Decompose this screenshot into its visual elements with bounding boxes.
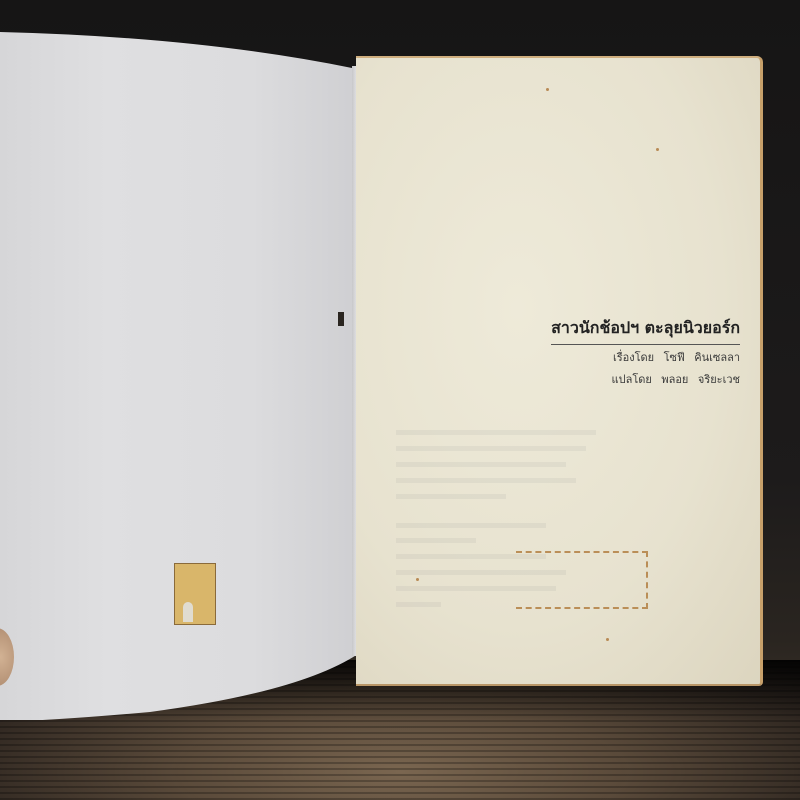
- author-credit: เรื่องโดย โซฟี คินเซลลา: [613, 348, 740, 366]
- tape-tear: [183, 602, 193, 622]
- foxing-spot: [606, 638, 609, 641]
- show-through-line: [396, 602, 441, 607]
- foxing-spot: [416, 578, 419, 581]
- show-through-line: [396, 538, 476, 543]
- translator-credit: แปลโดย พลอย จริยะเวช: [612, 370, 740, 388]
- foxing-spot: [546, 88, 549, 91]
- show-through-line: [396, 430, 596, 435]
- show-through-line: [396, 523, 546, 528]
- show-through-line: [396, 494, 506, 499]
- rust-stain-outline: [516, 551, 648, 609]
- right-page: สาวนักช้อปฯ ตะลุยนิวยอร์ก เรื่องโดย โซฟี…: [356, 56, 763, 686]
- ink-mark: [338, 312, 344, 326]
- show-through-line: [396, 446, 586, 451]
- show-through-line: [396, 478, 576, 483]
- tape-residue: [174, 563, 216, 625]
- foxing-spot: [656, 148, 659, 151]
- show-through-line: [396, 462, 566, 467]
- book-title: สาวนักช้อปฯ ตะลุยนิวยอร์ก: [551, 316, 740, 345]
